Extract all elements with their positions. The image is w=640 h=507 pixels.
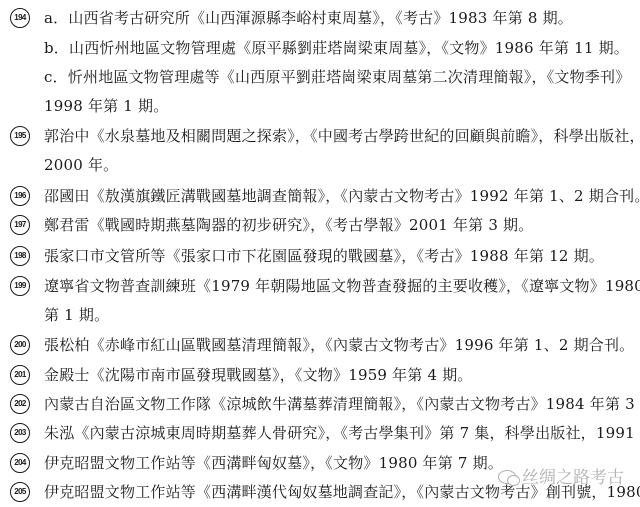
footnote-number: 204 [10,453,30,473]
reference-line: 金殿士《沈陽市南市區發現戰國墓》，《文物》1959 年第 4 期。 [44,365,473,385]
footnote-number: 199 [10,276,30,296]
reference-line: 2000 年。 [44,155,118,175]
reference-line: 郭治中《水泉墓地及相關問題之探索》，《中國考古學跨世紀的回顧與前瞻》，科學出版社… [44,126,640,146]
reference-line: 內蒙古自治區文物工作隊《涼城飲牛溝墓葬清理簡報》，《內蒙古文物考古》1984 年… [44,394,640,414]
footnote-number: 203 [10,423,30,443]
reference-line: b．山西忻州地區文物管理處《原平縣劉莊塔崗梁東周墓》，《文物》1986 年第 1… [44,38,629,58]
reference-list: 194 a．山西省考古研究所《山西渾源縣李峪村東周墓》，《考古》1983 年第 … [0,0,640,507]
reference-line: 伊克昭盟文物工作站等《西溝畔匈奴墓》，《文物》1980 年第 7 期。 [44,453,503,473]
reference-line: a．山西省考古研究所《山西渾源縣李峪村東周墓》，《考古》1983 年第 8 期。 [44,8,573,28]
footnote-number: 197 [10,215,30,235]
reference-line: 張松柏《赤峰市紅山區戰國墓清理簡報》，《內蒙古文物考古》1996 年第 1、2 … [44,335,634,355]
reference-line: 邵國田《敖漢旗鐵匠溝戰國墓地調查簡報》，《內蒙古文物考古》1992 年第 1、2… [44,186,640,206]
footnote-number: 202 [10,394,30,414]
footnote-number: 196 [10,186,30,206]
footnote-number: 200 [10,335,30,355]
footnote-number: 194 [10,8,30,28]
reference-line: 1998 年第 1 期。 [44,96,168,116]
reference-line: 遼寧省文物普查訓練班《1979 年朝陽地區文物普查發掘的主要收穫》，《遼寧文物》… [44,276,640,296]
watermark: 丝绸之路考古 [498,463,624,488]
reference-line: 鄭君雷《戰國時期燕墓陶器的初步研究》，《考古學報》2001 年第 3 期。 [44,215,533,235]
footnote-number: 198 [10,246,30,266]
reference-line: 朱泓《內蒙古涼城東周時期墓葬人骨研究》，《考古學集刊》第 7 集，科學出版社，1… [44,423,640,443]
wechat-icon [498,470,516,484]
footnote-number: 205 [10,482,30,502]
watermark-text: 丝绸之路考古 [522,468,624,488]
reference-line: c．忻州地區文物管理處等《山西原平劉莊塔崗梁東周墓第二次清理簡報》，《文物季刊》 [44,67,630,87]
footnote-number: 201 [10,365,30,385]
reference-line: 張家口市文管所等《張家口市下花園區發現的戰國墓》，《考古》1988 年第 12 … [44,246,604,266]
footnote-number: 195 [10,126,30,146]
reference-line: 第 1 期。 [44,305,109,325]
